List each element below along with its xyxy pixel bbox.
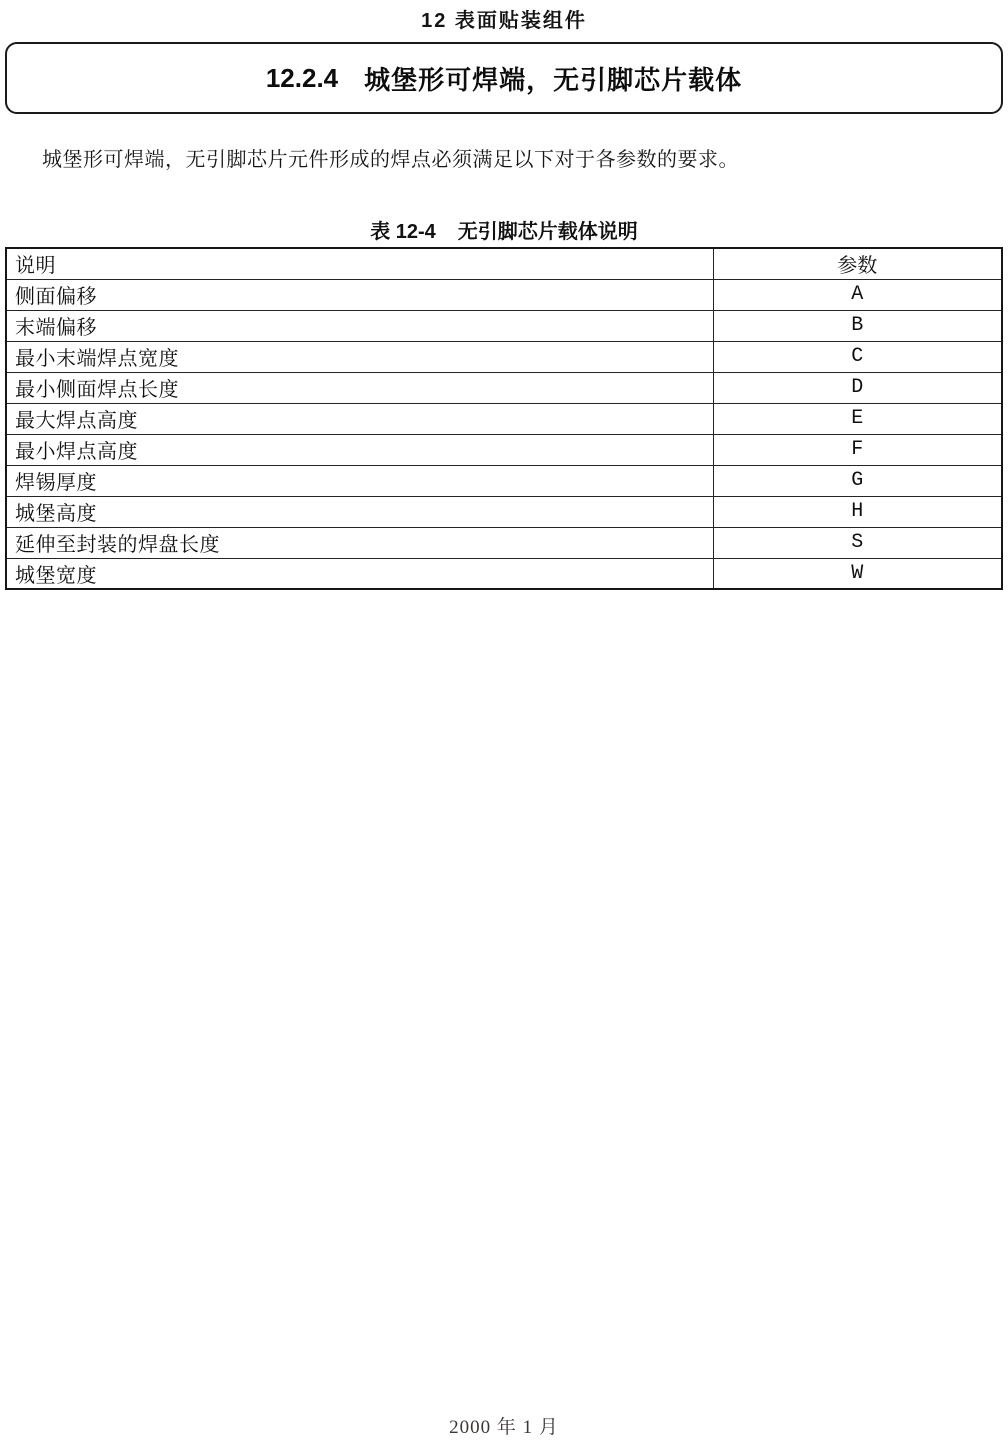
description-cell: 焊锡厚度 <box>6 465 713 496</box>
table-caption: 表 12-4无引脚芯片载体说明 <box>0 215 1008 244</box>
description-cell: 延伸至封装的焊盘长度 <box>6 527 713 558</box>
parameter-cell: G <box>713 465 1002 496</box>
column-header-parameter: 参数 <box>713 248 1002 279</box>
section-title-box: 12.2.4 城堡形可焊端，无引脚芯片载体 <box>5 42 1003 114</box>
table-caption-number: 表 12-4 <box>370 221 436 243</box>
footer-date: 2000 年 1 月 <box>0 1412 1008 1439</box>
chapter-header: 12 表面贴装组件 <box>0 0 1008 33</box>
parameter-cell: F <box>713 434 1002 465</box>
parameter-cell: S <box>713 527 1002 558</box>
description-cell: 最小末端焊点宽度 <box>6 341 713 372</box>
table-row: 最大焊点高度 E <box>6 403 1002 434</box>
section-number: 12.2.4 <box>266 63 338 94</box>
table-caption-text: 无引脚芯片载体说明 <box>458 221 638 243</box>
parameter-cell: C <box>713 341 1002 372</box>
table-header-row: 说明 参数 <box>6 248 1002 279</box>
table-row: 最小侧面焊点长度 D <box>6 372 1002 403</box>
column-header-description: 说明 <box>6 248 713 279</box>
parameter-table: 说明 参数 侧面偏移 A 末端偏移 B 最小末端焊点宽度 C 最小侧面焊点长度 … <box>5 247 1003 590</box>
table-row: 城堡宽度 W <box>6 558 1002 589</box>
description-cell: 侧面偏移 <box>6 279 713 310</box>
description-cell: 最小侧面焊点长度 <box>6 372 713 403</box>
description-cell: 最大焊点高度 <box>6 403 713 434</box>
intro-paragraph: 城堡形可焊端，无引脚芯片元件形成的焊点必须满足以下对于各参数的要求。 <box>42 147 968 173</box>
table-row: 最小焊点高度 F <box>6 434 1002 465</box>
parameter-cell: E <box>713 403 1002 434</box>
parameter-cell: H <box>713 496 1002 527</box>
parameter-cell: B <box>713 310 1002 341</box>
table-row: 末端偏移 B <box>6 310 1002 341</box>
parameter-cell: D <box>713 372 1002 403</box>
description-cell: 城堡高度 <box>6 496 713 527</box>
table-row: 侧面偏移 A <box>6 279 1002 310</box>
table-row: 焊锡厚度 G <box>6 465 1002 496</box>
parameter-cell: A <box>713 279 1002 310</box>
section-title: 城堡形可焊端，无引脚芯片载体 <box>364 60 742 97</box>
table-row: 延伸至封装的焊盘长度 S <box>6 527 1002 558</box>
description-cell: 最小焊点高度 <box>6 434 713 465</box>
description-cell: 末端偏移 <box>6 310 713 341</box>
table-row: 城堡高度 H <box>6 496 1002 527</box>
document-page: 12 表面贴装组件 12.2.4 城堡形可焊端，无引脚芯片载体 城堡形可焊端，无… <box>0 0 1008 1454</box>
parameter-cell: W <box>713 558 1002 589</box>
table-row: 最小末端焊点宽度 C <box>6 341 1002 372</box>
description-cell: 城堡宽度 <box>6 558 713 589</box>
